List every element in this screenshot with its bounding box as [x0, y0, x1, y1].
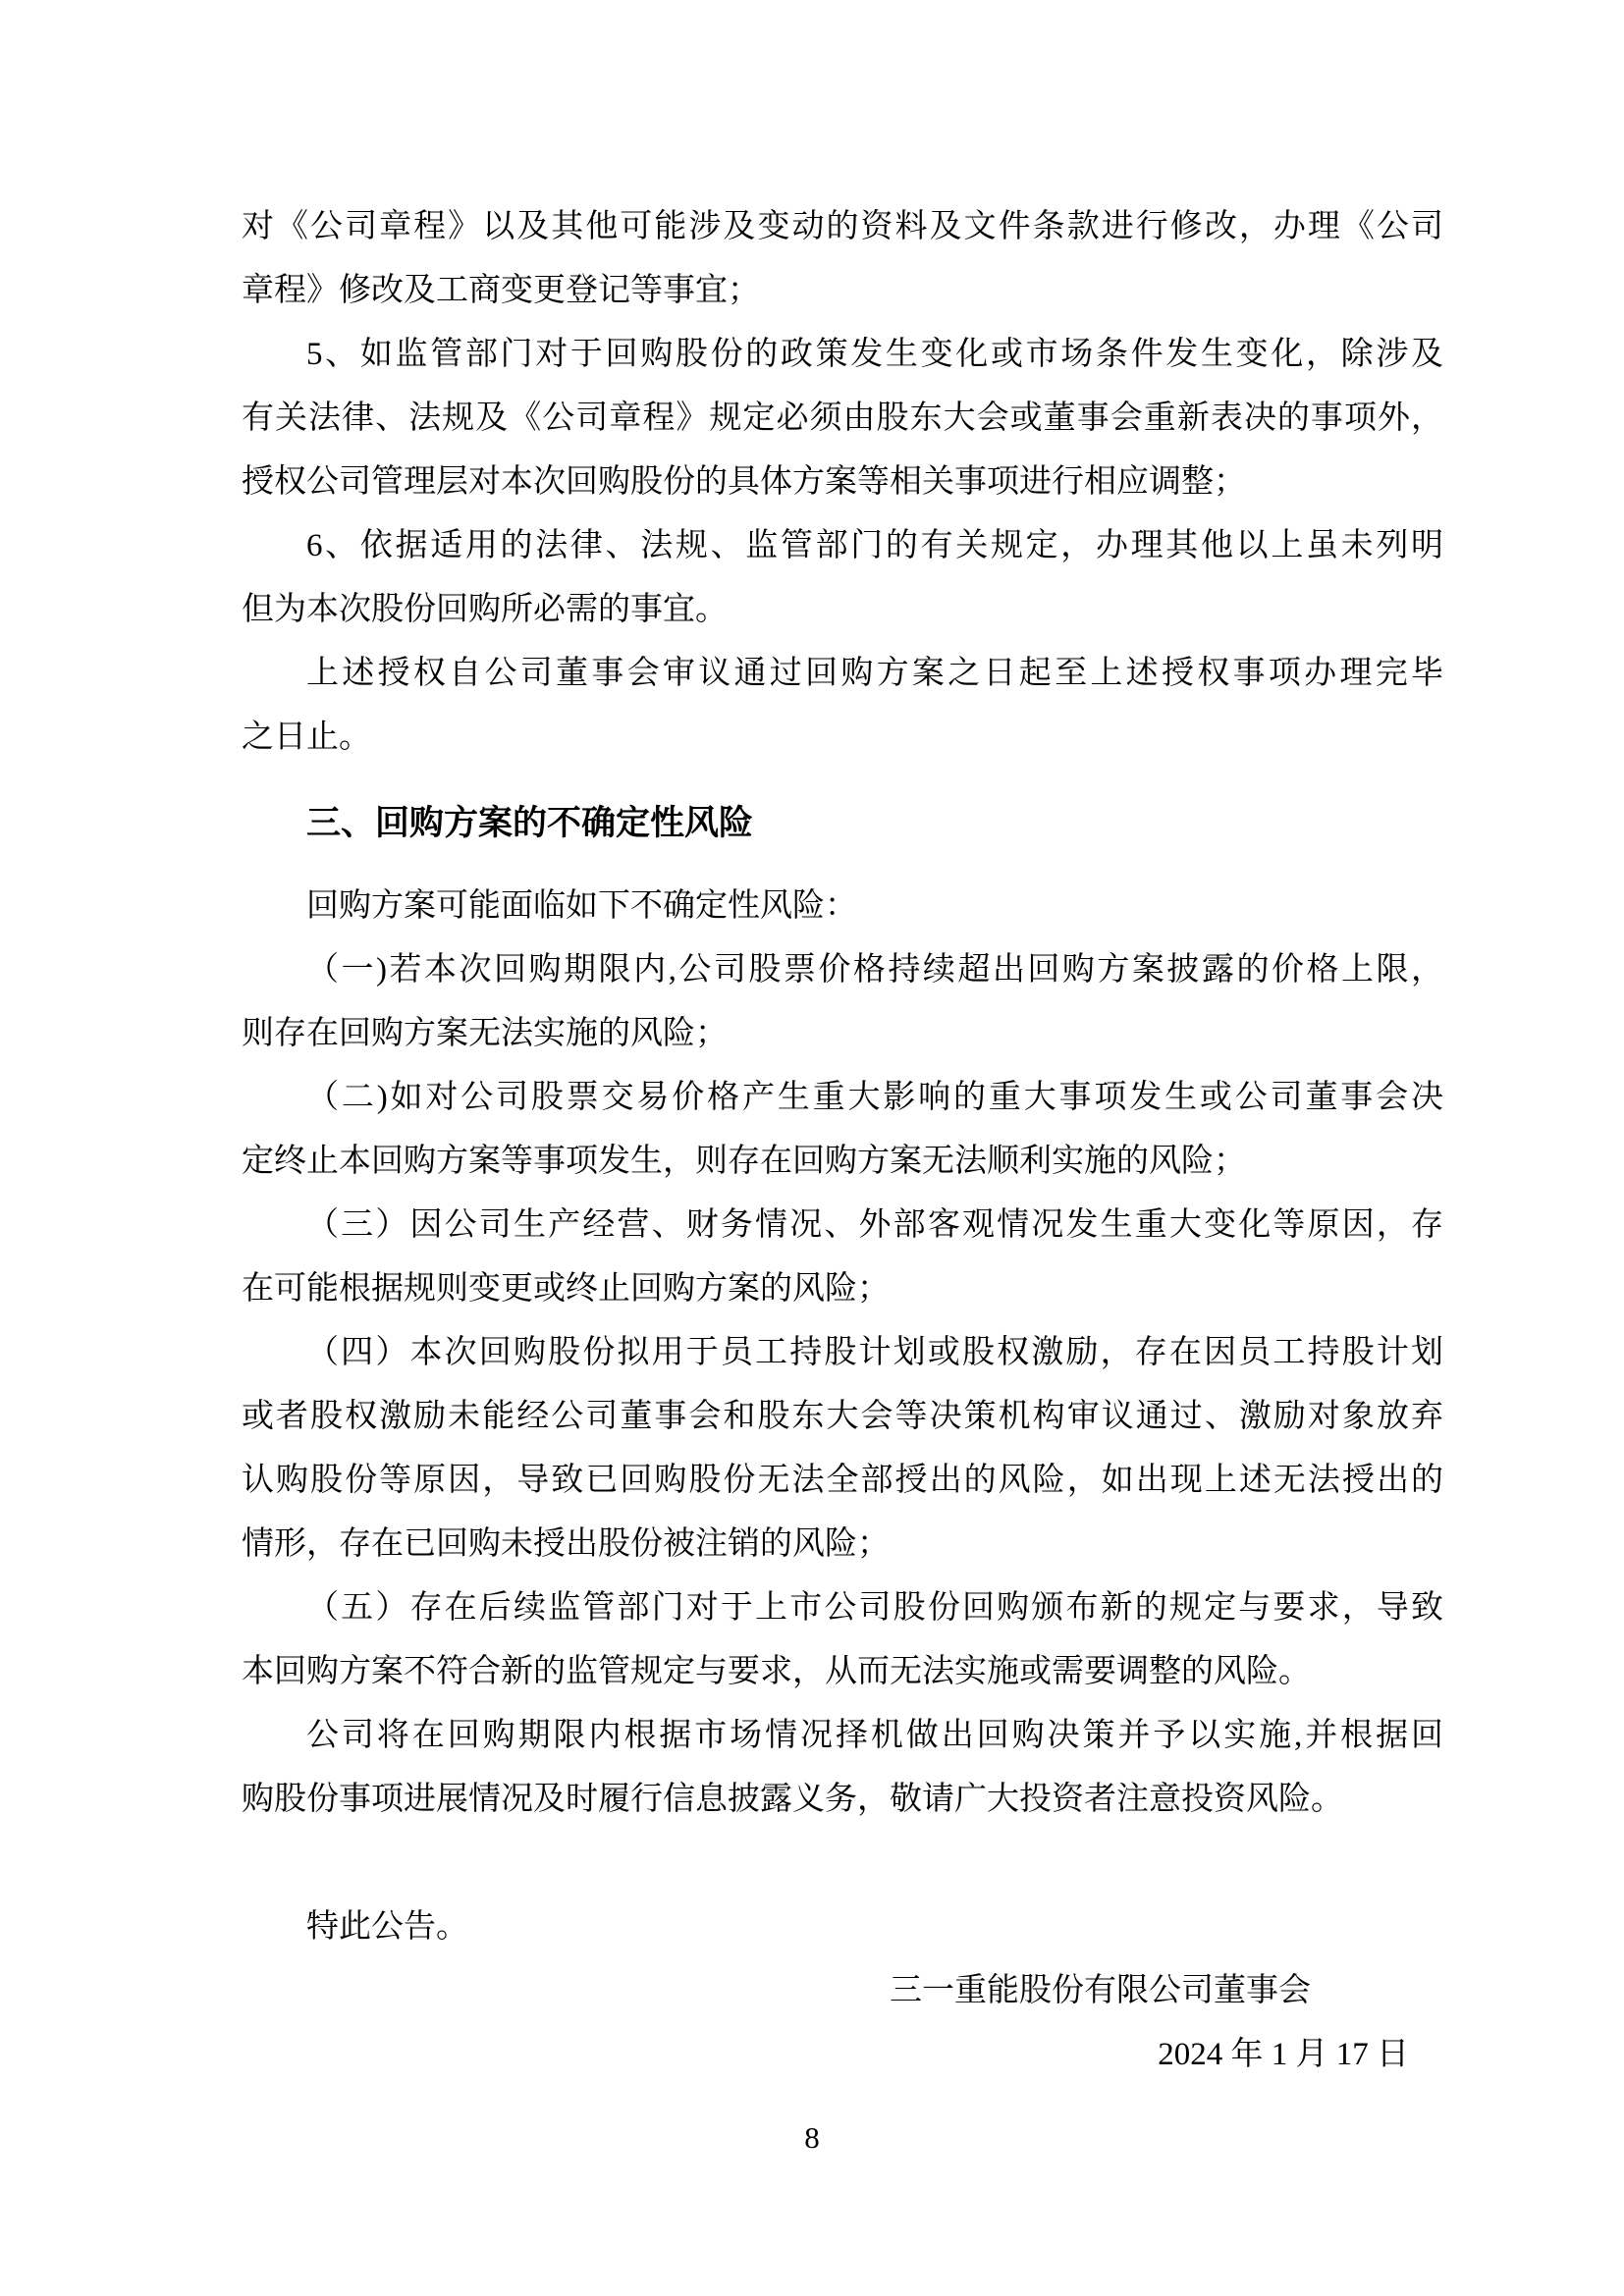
text-line: 授权公司管理层对本次回购股份的具体方案等相关事项进行相应调整；: [242, 451, 1443, 514]
text-line: 定终止本回购方案等事项发生，则存在回购方案无法顺利实施的风险；: [242, 1130, 1443, 1194]
blank-line: [242, 1832, 1443, 1896]
text-line: 上述授权自公司董事会审议通过回购方案之日起至上述授权事项办理完毕: [242, 642, 1443, 706]
text-line: （五）存在后续监管部门对于上市公司股份回购颁布新的规定与要求，导致: [242, 1576, 1443, 1640]
text-line: 本回购方案不符合新的监管规定与要求，从而无法实施或需要调整的风险。: [242, 1640, 1443, 1704]
text-line: 之日止。: [242, 706, 1443, 770]
signature-line: 三一重能股份有限公司董事会: [242, 1959, 1443, 2023]
text-line: （四）本次回购股份拟用于员工持股计划或股权激励，存在因员工持股计划: [242, 1321, 1443, 1385]
document-body: 对《公司章程》以及其他可能涉及变动的资料及文件条款进行修改，办理《公司章程》修改…: [242, 195, 1443, 2087]
text-line: 6、依据适用的法律、法规、监管部门的有关规定，办理其他以上虽未列明: [242, 514, 1443, 578]
section-heading: 三、回购方案的不确定性风险: [242, 791, 1443, 855]
text-line: 但为本次股份回购所必需的事宜。: [242, 578, 1443, 642]
text-line: 对《公司章程》以及其他可能涉及变动的资料及文件条款进行修改，办理《公司: [242, 195, 1443, 259]
text-line: 章程》修改及工商变更登记等事宜；: [242, 259, 1443, 323]
text-line: 购股份事项进展情况及时履行信息披露义务，敬请广大投资者注意投资风险。: [242, 1768, 1443, 1832]
page-number: 8: [0, 2118, 1624, 2158]
text-line: （二)如对公司股票交易价格产生重大影响的重大事项发生或公司董事会决: [242, 1066, 1443, 1130]
date-line: 2024 年 1 月 17 日: [242, 2023, 1443, 2087]
text-line: 有关法律、法规及《公司章程》规定必须由股东大会或董事会重新表决的事项外，: [242, 387, 1443, 451]
text-line: 则存在回购方案无法实施的风险；: [242, 1002, 1443, 1066]
document-page: 对《公司章程》以及其他可能涉及变动的资料及文件条款进行修改，办理《公司章程》修改…: [0, 0, 1624, 2296]
text-line: 公司将在回购期限内根据市场情况择机做出回购决策并予以实施,并根据回: [242, 1704, 1443, 1768]
text-line: （三）因公司生产经营、财务情况、外部客观情况发生重大变化等原因，存: [242, 1194, 1443, 1257]
text-line: 在可能根据规则变更或终止回购方案的风险；: [242, 1257, 1443, 1321]
text-line: 情形，存在已回购未授出股份被注销的风险；: [242, 1513, 1443, 1576]
text-line: 回购方案可能面临如下不确定性风险：: [242, 875, 1443, 938]
text-line: 特此公告。: [242, 1896, 1443, 1959]
text-line: 5、如监管部门对于回购股份的政策发生变化或市场条件发生变化，除涉及: [242, 323, 1443, 387]
text-line: （一)若本次回购期限内,公司股票价格持续超出回购方案披露的价格上限，: [242, 938, 1443, 1002]
text-line: 认购股份等原因，导致已回购股份无法全部授出的风险，如出现上述无法授出的: [242, 1449, 1443, 1513]
text-line: 或者股权激励未能经公司董事会和股东大会等决策机构审议通过、激励对象放弃: [242, 1385, 1443, 1449]
